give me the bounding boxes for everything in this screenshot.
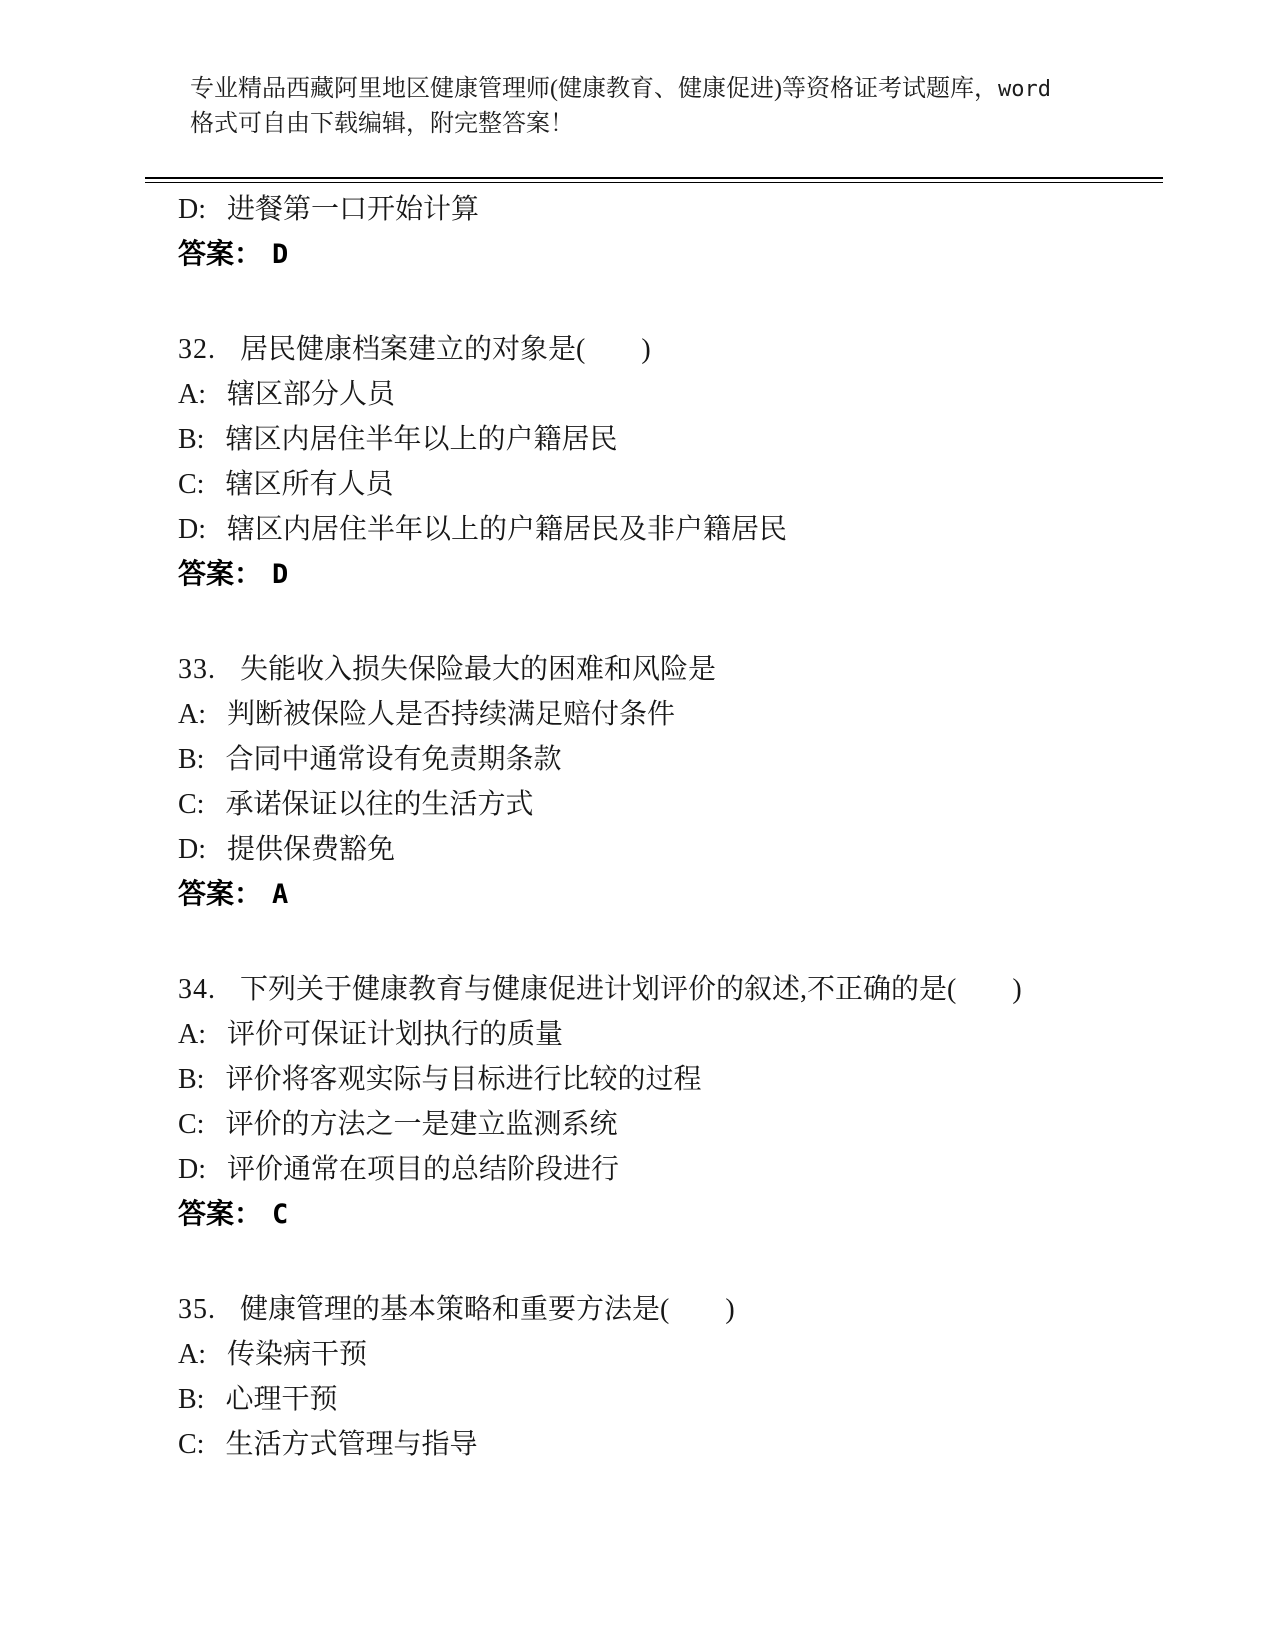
- option-line: C:辖区所有人员: [178, 462, 1178, 507]
- option-line: D:评价通常在项目的总结阶段进行: [178, 1147, 1178, 1192]
- option-label: B:: [178, 744, 204, 775]
- option-line: B:辖区内居住半年以上的户籍居民: [178, 417, 1178, 462]
- option-text: 传染病干预: [227, 1339, 367, 1370]
- answer-label: 答案：: [178, 559, 262, 590]
- option-text: 辖区内居住半年以上的户籍居民: [225, 424, 617, 455]
- option-label: A:: [178, 699, 206, 730]
- question-line: 32.居民健康档案建立的对象是( ): [178, 327, 1178, 372]
- option-label: C:: [178, 1429, 204, 1460]
- option-label: D:: [178, 1154, 206, 1185]
- answer-value: C: [272, 1199, 288, 1230]
- option-text: 评价将客观实际与目标进行比较的过程: [225, 1064, 701, 1095]
- question-block: 33.失能收入损失保险最大的困难和风险是 A:判断被保险人是否持续满足赔付条件 …: [178, 647, 1178, 917]
- page-header: 专业精品西藏阿里地区健康管理师(健康教育、健康促进)等资格证考试题库，word …: [190, 72, 1100, 141]
- question-line: 34.下列关于健康教育与健康促进计划评价的叙述,不正确的是( ): [178, 967, 1178, 1012]
- option-line: B:合同中通常设有免责期条款: [178, 737, 1178, 782]
- answer-value: D: [272, 239, 288, 270]
- option-text: 提供保费豁免: [227, 834, 395, 865]
- question-block: D:进餐第一口开始计算 答案：D: [178, 187, 1178, 277]
- question-line: 35.健康管理的基本策略和重要方法是( ): [178, 1287, 1178, 1332]
- option-line: B:评价将客观实际与目标进行比较的过程: [178, 1057, 1178, 1102]
- option-text: 评价通常在项目的总结阶段进行: [227, 1154, 619, 1185]
- option-line: C:评价的方法之一是建立监测系统: [178, 1102, 1178, 1147]
- option-label: B:: [178, 1064, 204, 1095]
- option-line: A:判断被保险人是否持续满足赔付条件: [178, 692, 1178, 737]
- question-line: 33.失能收入损失保险最大的困难和风险是: [178, 647, 1178, 692]
- answer-label: 答案：: [178, 879, 262, 910]
- option-label: A:: [178, 1339, 206, 1370]
- option-label: A:: [178, 379, 206, 410]
- header-line-1: 专业精品西藏阿里地区健康管理师(健康教育、健康促进)等资格证考试题库，word: [190, 72, 1100, 107]
- option-label: B:: [178, 1384, 204, 1415]
- question-block: 32.居民健康档案建立的对象是( ) A:辖区部分人员 B:辖区内居住半年以上的…: [178, 327, 1178, 597]
- option-line: B:心理干预: [178, 1377, 1178, 1422]
- option-line: C:生活方式管理与指导: [178, 1422, 1178, 1467]
- option-text: 辖区内居住半年以上的户籍居民及非户籍居民: [227, 514, 787, 545]
- question-number: 35.: [178, 1294, 216, 1325]
- option-text: 评价可保证计划执行的质量: [227, 1019, 563, 1050]
- question-block: 35.健康管理的基本策略和重要方法是( ) A:传染病干预 B:心理干预 C:生…: [178, 1287, 1178, 1467]
- option-text: 心理干预: [225, 1384, 337, 1415]
- answer-value: A: [272, 879, 288, 910]
- option-label: D:: [178, 194, 206, 225]
- option-label: D:: [178, 514, 206, 545]
- option-label: A:: [178, 1019, 206, 1050]
- option-line: A:辖区部分人员: [178, 372, 1178, 417]
- option-label: D:: [178, 834, 206, 865]
- answer-label: 答案：: [178, 1199, 262, 1230]
- option-label: B:: [178, 424, 204, 455]
- option-text: 辖区所有人员: [225, 469, 393, 500]
- option-line: A:传染病干预: [178, 1332, 1178, 1377]
- answer-value: D: [272, 559, 288, 590]
- option-text: 辖区部分人员: [227, 379, 395, 410]
- option-line: A:评价可保证计划执行的质量: [178, 1012, 1178, 1057]
- option-line: D:辖区内居住半年以上的户籍居民及非户籍居民: [178, 507, 1178, 552]
- answer-line: 答案：D: [178, 552, 1178, 597]
- option-label: C:: [178, 789, 204, 820]
- answer-line: 答案：C: [178, 1192, 1178, 1237]
- document-page: 专业精品西藏阿里地区健康管理师(健康教育、健康促进)等资格证考试题库，word …: [0, 0, 1275, 1650]
- question-text: 居民健康档案建立的对象是( ): [240, 334, 651, 365]
- question-number: 33.: [178, 654, 216, 685]
- option-line: D:提供保费豁免: [178, 827, 1178, 872]
- option-text: 判断被保险人是否持续满足赔付条件: [227, 699, 675, 730]
- document-body: D:进餐第一口开始计算 答案：D 32.居民健康档案建立的对象是( ) A:辖区…: [178, 187, 1178, 1467]
- question-text: 失能收入损失保险最大的困难和风险是: [240, 654, 716, 685]
- answer-line: 答案：A: [178, 872, 1178, 917]
- header-line-1-word: word: [998, 77, 1051, 102]
- question-text: 健康管理的基本策略和重要方法是( ): [240, 1294, 735, 1325]
- question-number: 34.: [178, 974, 216, 1005]
- option-text: 承诺保证以往的生活方式: [225, 789, 533, 820]
- header-separator-rule: [145, 177, 1163, 183]
- option-label: C:: [178, 469, 204, 500]
- option-text: 评价的方法之一是建立监测系统: [225, 1109, 617, 1140]
- question-text: 下列关于健康教育与健康促进计划评价的叙述,不正确的是( ): [240, 974, 1022, 1005]
- question-number: 32.: [178, 334, 216, 365]
- header-line-2: 格式可自由下载编辑，附完整答案！: [190, 107, 1100, 141]
- option-line: C:承诺保证以往的生活方式: [178, 782, 1178, 827]
- option-text: 生活方式管理与指导: [225, 1429, 477, 1460]
- option-text: 进餐第一口开始计算: [227, 194, 479, 225]
- header-line-1-text: 专业精品西藏阿里地区健康管理师(健康教育、健康促进)等资格证考试题库，: [190, 76, 998, 102]
- answer-line: 答案：D: [178, 232, 1178, 277]
- question-block: 34.下列关于健康教育与健康促进计划评价的叙述,不正确的是( ) A:评价可保证…: [178, 967, 1178, 1237]
- answer-label: 答案：: [178, 239, 262, 270]
- option-label: C:: [178, 1109, 204, 1140]
- option-text: 合同中通常设有免责期条款: [225, 744, 561, 775]
- option-line: D:进餐第一口开始计算: [178, 187, 1178, 232]
